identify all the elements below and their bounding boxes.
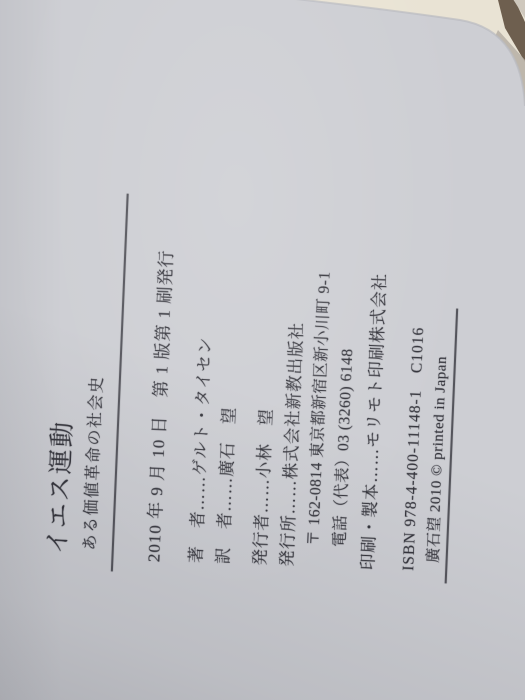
book-page-photo: イエス運動 ある価値革命の社会史 2010 年 9 月 10 日 第 1 版第 … bbox=[0, 0, 525, 700]
book-subtitle: ある価値革命の社会史 bbox=[77, 375, 107, 551]
printer-line: 印刷・製本……モリモト印刷株式会社 bbox=[354, 272, 390, 570]
colophon-block: イエス運動 ある価値革命の社会史 2010 年 9 月 10 日 第 1 版第 … bbox=[22, 171, 478, 589]
edition-line: 2010 年 9 月 10 日 第 1 版第 1 刷発行 bbox=[139, 249, 177, 563]
phone-line: 電話（代表）03 (3260) 6148 bbox=[327, 348, 357, 547]
translator-line: 訳 者……廣石 望 bbox=[209, 406, 240, 564]
book-title: イエス運動 bbox=[38, 419, 80, 554]
publisher-line: 発行者……小林 望 bbox=[246, 408, 277, 566]
rule-top bbox=[111, 194, 128, 572]
